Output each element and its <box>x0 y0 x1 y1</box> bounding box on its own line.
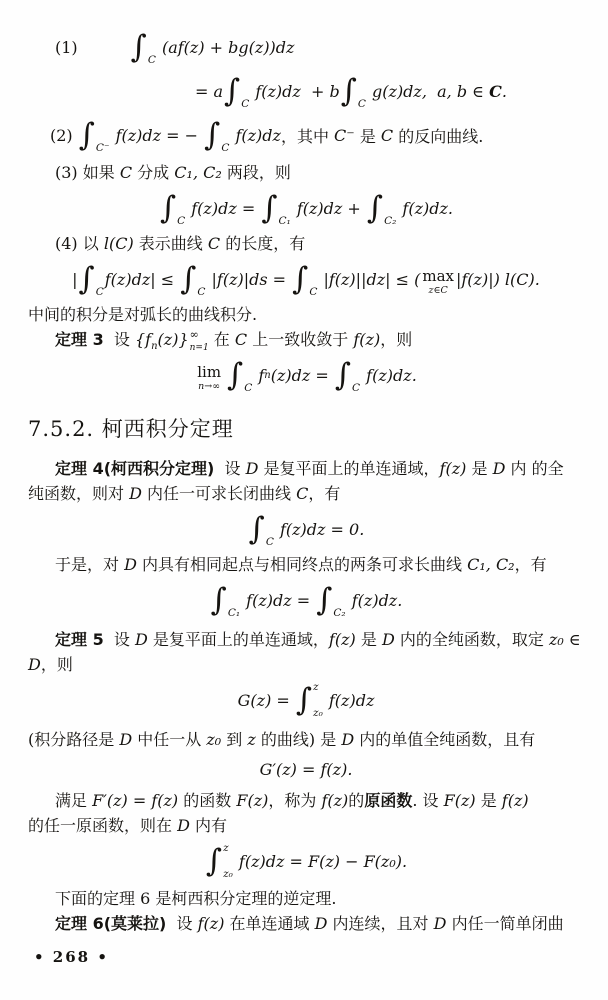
integral-sign: ∫C <box>79 261 104 298</box>
integral-sign: ∫C⁻ <box>79 117 110 154</box>
integral-sign: ∫C <box>341 73 366 110</box>
text-line: 下面的定理 6 是柯西积分定理的逆定理. <box>28 886 584 911</box>
text-line: 定理 3 设 {fn(z)}∞n=1 在 C 上一致收敛于 f(z)，则 <box>28 327 584 352</box>
integral-sign: ∫C <box>249 511 274 548</box>
page-number: • 268 • <box>34 948 109 966</box>
text-line: 定理 4(柯西积分定理) 设 D 是复平面上的单连通域，f(z) 是 D 内 的… <box>28 456 584 481</box>
integral-sign: ∫C <box>227 357 252 394</box>
formula-line: G′(z) = f(z). <box>28 754 584 784</box>
formula-line: |∫Cf(z)dz| ≤ ∫C |f(z)|ds = ∫C |f(z)||dz|… <box>28 258 584 300</box>
formula-line: (1)∫C (af(z) + bg(z))dz <box>28 26 584 68</box>
integral-sign: ∫C <box>204 117 229 154</box>
integral-sign: ∫C <box>180 261 205 298</box>
formula-line: ∫zz₀ f(z)dz = F(z) − F(z₀). <box>28 840 584 882</box>
text-line: 纯函数，则对 D 内任一可求长闭曲线 C，有 <box>28 481 584 506</box>
text-line: (3) 如果 C 分成 C₁, C₂ 两段，则 <box>28 160 584 185</box>
text-line: D，则 <box>28 652 584 677</box>
formula-line: G(z) = ∫zz₀ f(z)dz <box>28 679 584 721</box>
formula-line: ∫C f(z)dz = ∫C₁ f(z)dz + ∫C₂ f(z)dz. <box>28 187 584 229</box>
formula-line: ∫C₁ f(z)dz = ∫C₂ f(z)dz. <box>28 579 584 621</box>
integral-sign: ∫C <box>131 29 156 66</box>
integral-sign: ∫C₂ <box>316 582 345 619</box>
text-line: 中间的积分是对弧长的曲线积分. <box>28 302 584 327</box>
page-content: (1)∫C (af(z) + bg(z))dz= a∫C f(z)dz + b∫… <box>28 26 584 936</box>
text-line: 的任一原函数，则在 D 内有 <box>28 813 584 838</box>
integral-sign: ∫C <box>292 261 317 298</box>
formula-line: (2) ∫C⁻ f(z)dz = − ∫C f(z)dz，其中 C⁻ 是 C 的… <box>28 114 584 156</box>
text-line: 满足 F′(z) = f(z) 的函数 F(z)，称为 f(z)的原函数. 设 … <box>28 788 584 813</box>
text-line: 于是，对 D 内具有相同起点与相同终点的两条可求长曲线 C₁, C₂，有 <box>28 552 584 577</box>
text-line: 定理 5 设 D 是复平面上的单连通域，f(z) 是 D 内的全纯函数，取定 z… <box>28 627 584 652</box>
formula-line: ∫C f(z)dz = 0. <box>28 508 584 550</box>
text-line: (4) 以 l(C) 表示曲线 C 的长度，有 <box>28 231 584 256</box>
integral-sign: ∫C <box>160 190 185 227</box>
integral-sign: ∫zz₀ <box>296 682 323 719</box>
integral-sign: ∫C₂ <box>367 190 396 227</box>
text-line: 定理 6(莫莱拉) 设 f(z) 在单连通域 D 内连续，且对 D 内任一简单闭… <box>28 911 584 936</box>
integral-sign: ∫C <box>224 73 249 110</box>
integral-sign: ∫C <box>335 357 360 394</box>
section-heading: 7.5.2. 柯西积分定理 <box>28 412 584 446</box>
formula-line: limn→∞∫C fn(z)dz = ∫C f(z)dz. <box>28 354 584 396</box>
formula-line: = a∫C f(z)dz + b∫C g(z)dz, a, b ∈ C. <box>28 70 584 112</box>
integral-sign: ∫zz₀ <box>206 843 233 880</box>
integral-sign: ∫C₁ <box>261 190 290 227</box>
text-line: (积分路径是 D 中任一从 z₀ 到 z 的曲线) 是 D 内的单值全纯函数，且… <box>28 727 584 752</box>
integral-sign: ∫C₁ <box>211 582 240 619</box>
textbook-page: (1)∫C (af(z) + bg(z))dz= a∫C f(z)dz + b∫… <box>0 0 608 1000</box>
